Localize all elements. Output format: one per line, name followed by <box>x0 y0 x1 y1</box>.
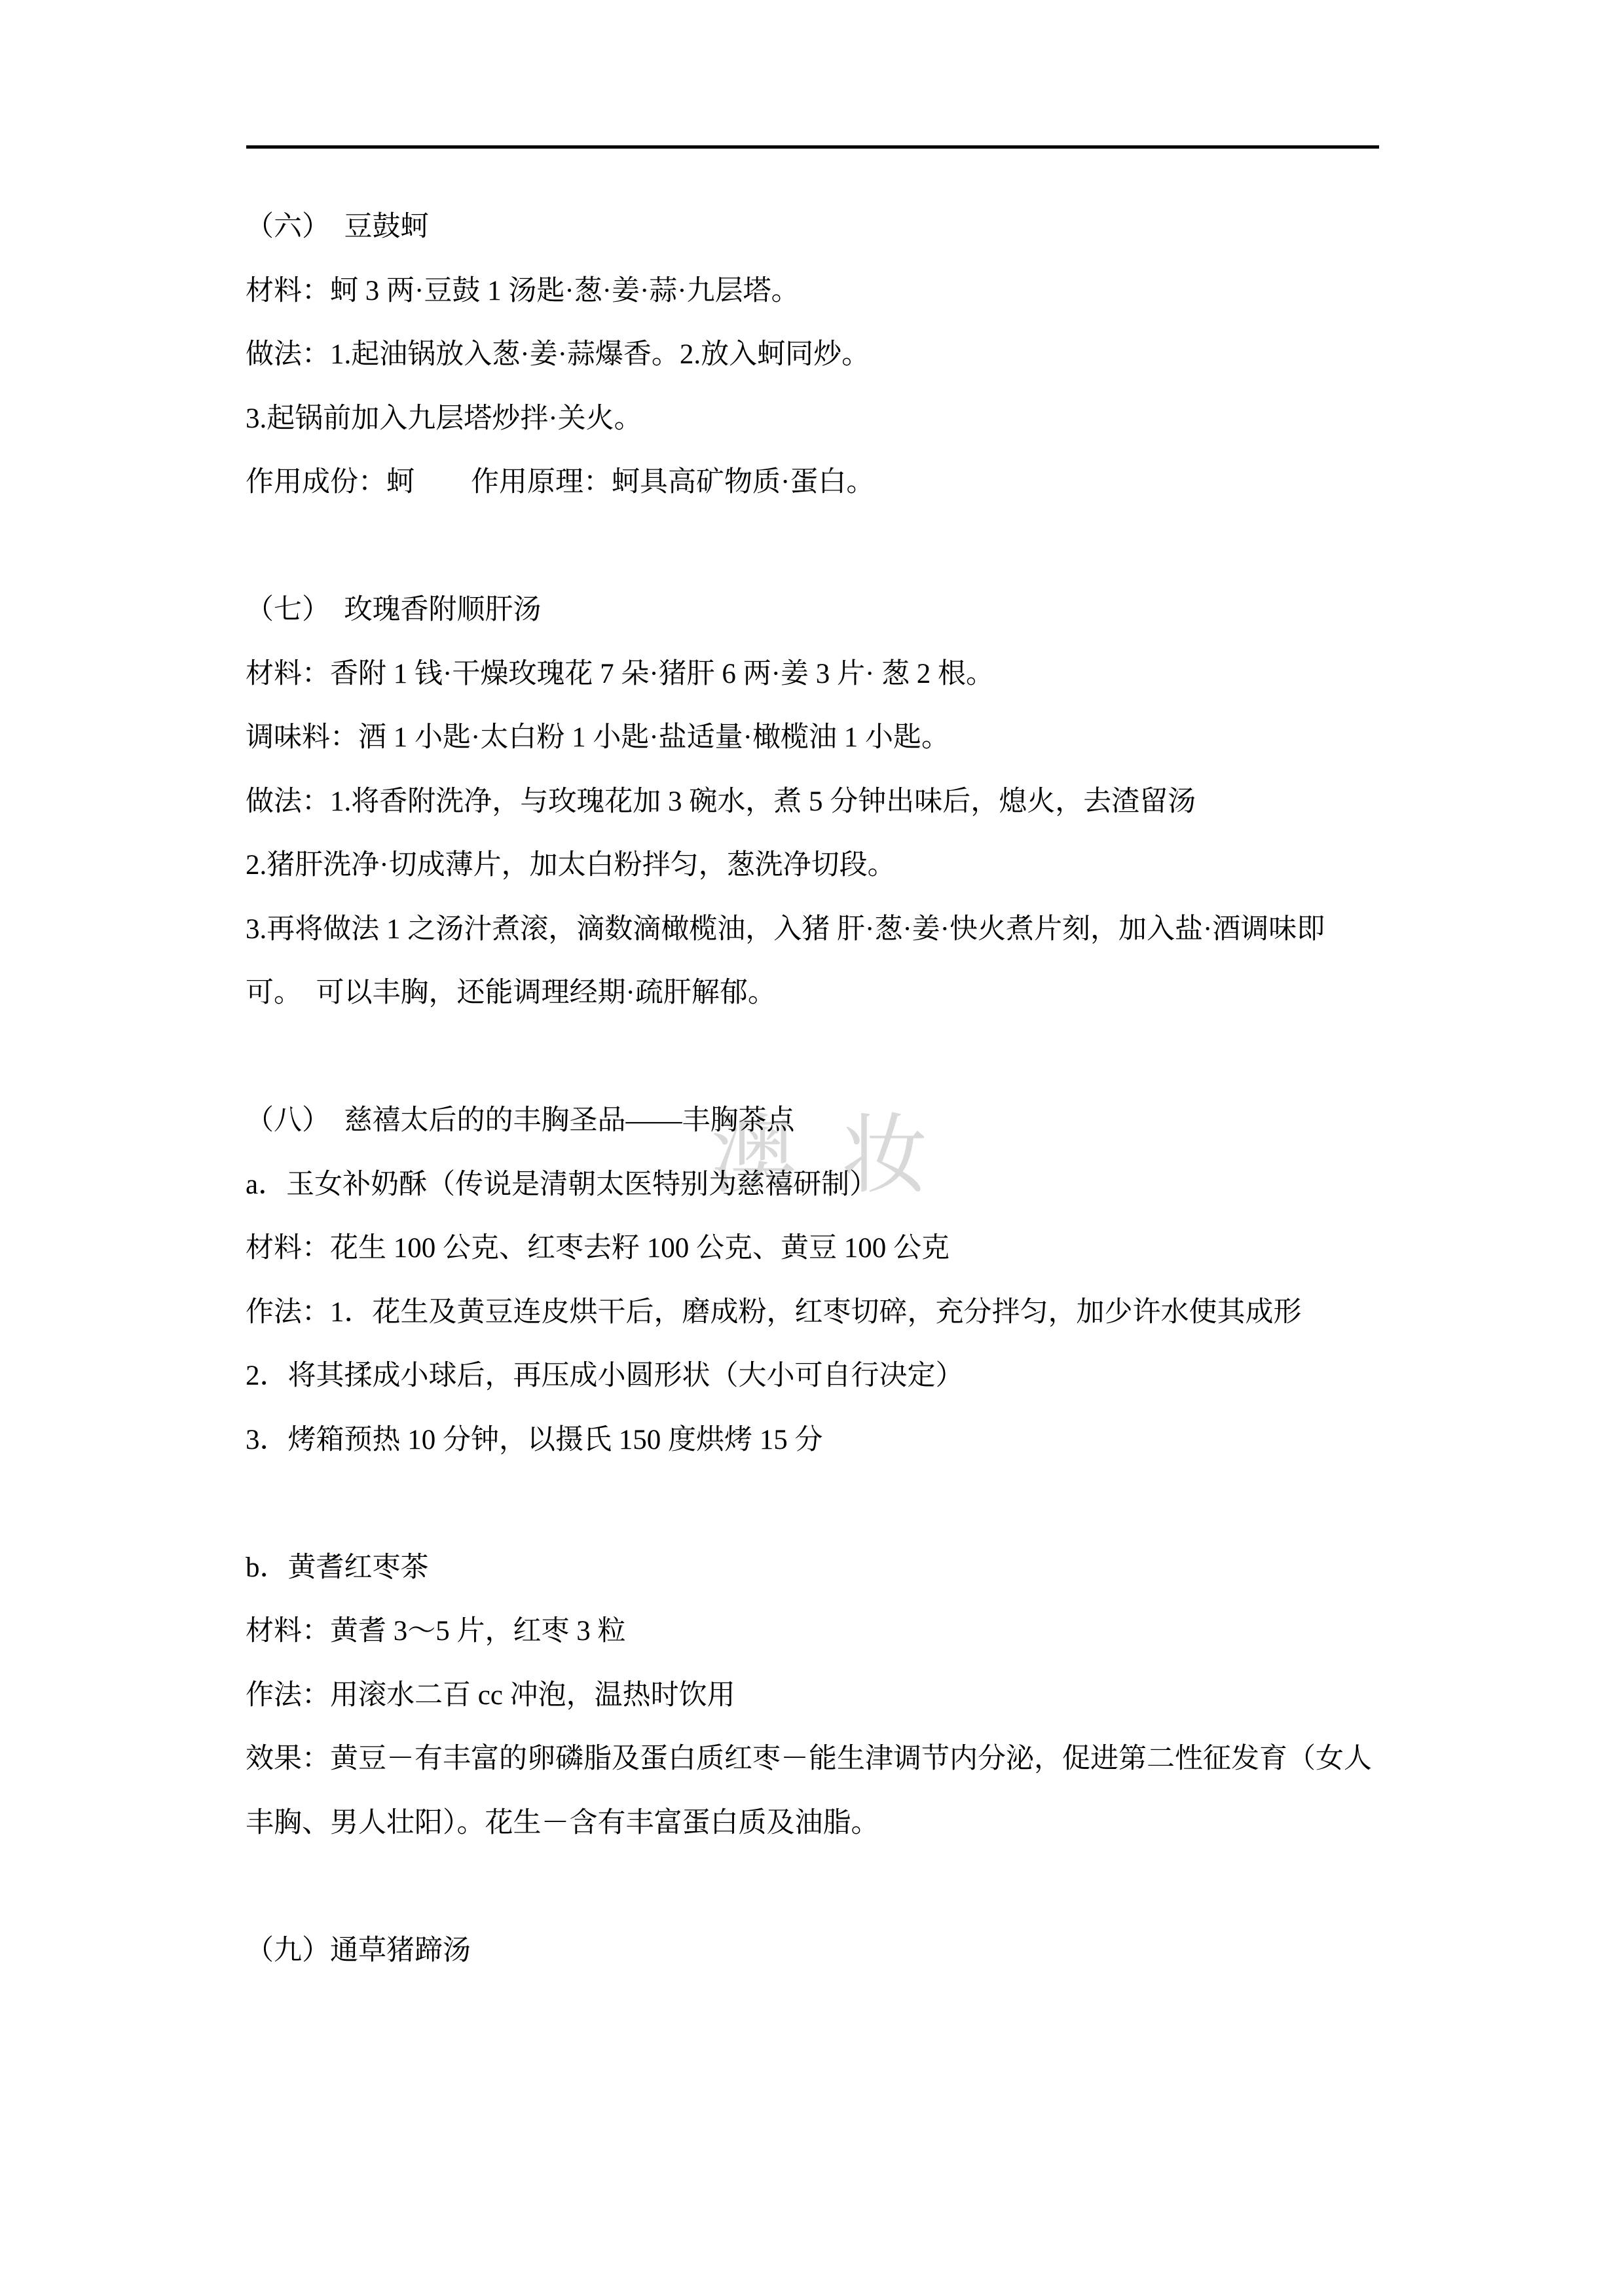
section-heading-6: （六） 豆鼓蚵 <box>246 195 1379 259</box>
doc-line: 3.再将做法 1 之汤汁煮滚，滴数滴橄榄油，入猪 肝·葱·姜·快火煮片刻，加入盐… <box>246 898 1379 962</box>
section-6: （六） 豆鼓蚵 材料：蚵 3 两·豆鼓 1 汤匙·葱·姜·蒜·九层塔。 做法：1… <box>246 195 1379 515</box>
doc-line: 材料：花生 100 公克、红枣去籽 100 公克、黄豆 100 公克 <box>246 1216 1379 1281</box>
section-heading-9: （九）通草猪蹄汤 <box>246 1919 1379 1983</box>
doc-line: 2.猪肝洗净·切成薄片，加太白粉拌匀，葱洗净切段。 <box>246 833 1379 898</box>
doc-line: a．玉女补奶酥（传说是清朝太医特别为慈禧研制） <box>246 1153 1379 1217</box>
doc-line: 作法：1．花生及黄豆连皮烘干后，磨成粉，红枣切碎，充分拌匀，加少许水使其成形 <box>246 1281 1379 1345</box>
section-heading-8b: b．黄耆红枣茶 <box>246 1536 1379 1600</box>
doc-line: 作法：用滚水二百 cc 冲泡，温热时饮用 <box>246 1664 1379 1728</box>
doc-line: 丰胸、男人壮阳）。花生－含有丰富蛋白质及油脂。 <box>246 1791 1379 1855</box>
section-heading-7: （七） 玫瑰香附顺肝汤 <box>246 578 1379 642</box>
section-heading-8: （八） 慈禧太后的的丰胸圣品——丰胸茶点 <box>246 1089 1379 1153</box>
doc-line: 效果：黄豆－有丰富的卵磷脂及蛋白质红枣－能生津调节内分泌，促进第二性征发育（女人 <box>246 1727 1379 1791</box>
doc-line: 做法：1.将香附洗净，与玫瑰花加 3 碗水，煮 5 分钟出味后，熄火，去渣留汤 <box>246 770 1379 834</box>
section-9: （九）通草猪蹄汤 <box>246 1919 1379 1983</box>
doc-line: 材料：蚵 3 两·豆鼓 1 汤匙·葱·姜·蒜·九层塔。 <box>246 259 1379 323</box>
doc-line: 3．烤箱预热 10 分钟，以摄氏 150 度烘烤 15 分 <box>246 1408 1379 1472</box>
doc-line: 材料：香附 1 钱·干燥玫瑰花 7 朵·猪肝 6 两·姜 3 片· 葱 2 根。 <box>246 642 1379 706</box>
doc-line: 调味料：酒 1 小匙·太白粉 1 小匙·盐适量·橄榄油 1 小匙。 <box>246 706 1379 770</box>
doc-line: 2．将其揉成小球后，再压成小圆形状（大小可自行决定） <box>246 1344 1379 1408</box>
doc-line: 可。 可以丰胸，还能调理经期·疏肝解郁。 <box>246 961 1379 1025</box>
doc-line: 作用成份：蚵 作用原理：蚵具高矿物质·蛋白。 <box>246 450 1379 515</box>
section-8b: b．黄耆红枣茶 材料：黄耆 3～5 片，红枣 3 粒 作法：用滚水二百 cc 冲… <box>246 1536 1379 1855</box>
section-7: （七） 玫瑰香附顺肝汤 材料：香附 1 钱·干燥玫瑰花 7 朵·猪肝 6 两·姜… <box>246 578 1379 1025</box>
doc-line: 做法：1.起油锅放入葱·姜·蒜爆香。2.放入蚵同炒。 <box>246 323 1379 387</box>
document-page: 澳妆 （六） 豆鼓蚵 材料：蚵 3 两·豆鼓 1 汤匙·葱·姜·蒜·九层塔。 做… <box>0 0 1624 2296</box>
doc-line: 3.起锅前加入九层塔炒拌·关火。 <box>246 387 1379 451</box>
header-rule <box>246 145 1379 149</box>
document-body: （六） 豆鼓蚵 材料：蚵 3 两·豆鼓 1 汤匙·葱·姜·蒜·九层塔。 做法：1… <box>246 195 1379 1982</box>
doc-line: 材料：黄耆 3～5 片，红枣 3 粒 <box>246 1599 1379 1664</box>
section-8a: （八） 慈禧太后的的丰胸圣品——丰胸茶点 a．玉女补奶酥（传说是清朝太医特别为慈… <box>246 1089 1379 1472</box>
